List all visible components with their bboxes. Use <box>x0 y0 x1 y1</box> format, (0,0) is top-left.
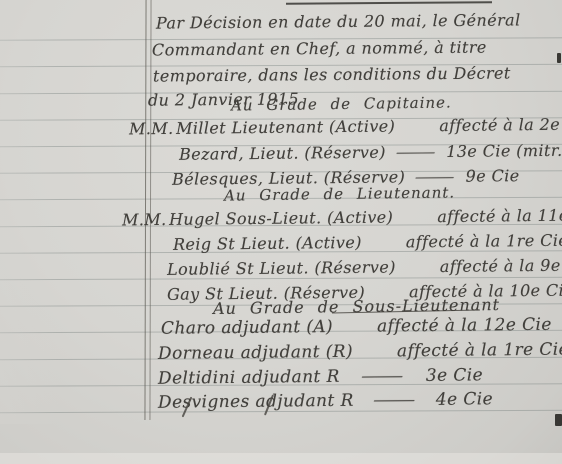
entry-assignment: 9e Cie <box>465 166 519 186</box>
scan-edge-band <box>0 453 562 464</box>
entry-name-rank: Hugel Sous-Lieut. (Active) <box>169 208 393 229</box>
intro-line: temporaire, dans les conditions du Décre… <box>153 60 511 90</box>
entry-reig: Reig St Lieut. (Active) affecté à la 1re… <box>173 231 525 254</box>
entry-name-rank: Bezard, Lieut. (Réserve) <box>179 143 386 164</box>
ink-speck <box>555 414 562 426</box>
entry-name-rank: Deltidini adjudant R <box>158 367 340 389</box>
entry-loublie: Loublié St Lieut. (Réserve) affecté à la… <box>167 256 519 279</box>
entry-name-rank: Millet Lieutenant (Active) <box>176 117 395 138</box>
entry-name-rank: Dorneau adjudant (R) <box>158 342 353 364</box>
entry-assignment: affecté à la 9e Cie <box>440 255 562 276</box>
entry-separator: — <box>360 366 405 386</box>
entry-name-rank: Reig St Lieut. (Active) <box>173 233 362 254</box>
entry-name-rank: Loublié St Lieut. (Réserve) <box>167 257 396 278</box>
entry-prefix: M.M. <box>129 119 174 138</box>
entry-millet: M.M. Millet Lieutenant (Active) affecté … <box>176 115 524 138</box>
section-heading-lieutenant: Au Grade de Lieutenant. <box>224 183 455 204</box>
entry-prefix: M.M. <box>122 210 167 229</box>
entry-dorneau: Dorneau adjudant (R) affecté à la 1re Ci… <box>158 340 508 364</box>
entry-desvignes: Desvignes adjudant R — 4e Cie <box>158 389 493 413</box>
section-heading-sous-lieutenant: Au Grade de Sous-Lieutenant <box>213 295 500 318</box>
intro-line: Commandant en Chef, a nommé, à titre <box>152 35 487 64</box>
entry-assignment: affecté à la 1re Cie <box>397 340 562 362</box>
entry-separator: — <box>395 142 438 161</box>
entry-hugel: M.M. Hugel Sous-Lieut. (Active) affecté … <box>169 206 529 229</box>
entry-assignment: affecté à la 11e Cie <box>437 205 562 226</box>
entry-charo: Charo adjudant (A) affecté à la 12e Cie <box>161 315 506 339</box>
entry-deltidini: Deltidini adjudant R — 3e Cie <box>158 365 483 388</box>
scanned-register-page: Par Décision en date du 20 mai, le Génér… <box>0 0 562 464</box>
ink-speck <box>557 53 561 63</box>
entry-separator: — <box>372 390 417 410</box>
entry-bezard: Bezard, Lieut. (Réserve) — 13e Cie (mitr… <box>179 141 524 164</box>
intro-line: Par Décision en date du 20 mai, le Génér… <box>156 7 521 37</box>
entry-name-rank: Charo adjudant (A) <box>161 317 333 339</box>
entry-assignment: 3e Cie <box>426 365 483 386</box>
entry-assignment: 13e Cie (mitr.se) <box>446 141 562 161</box>
section-heading-capitaine: Au Grade de Capitaine. <box>231 93 452 114</box>
entry-assignment: affecté à la 12e Cie <box>377 315 552 337</box>
entry-assignment: 4e Cie <box>436 389 493 410</box>
entry-assignment: affecté à la 2e Cie <box>439 114 562 135</box>
entry-assignment: affecté à la 1re Cie <box>406 231 562 252</box>
